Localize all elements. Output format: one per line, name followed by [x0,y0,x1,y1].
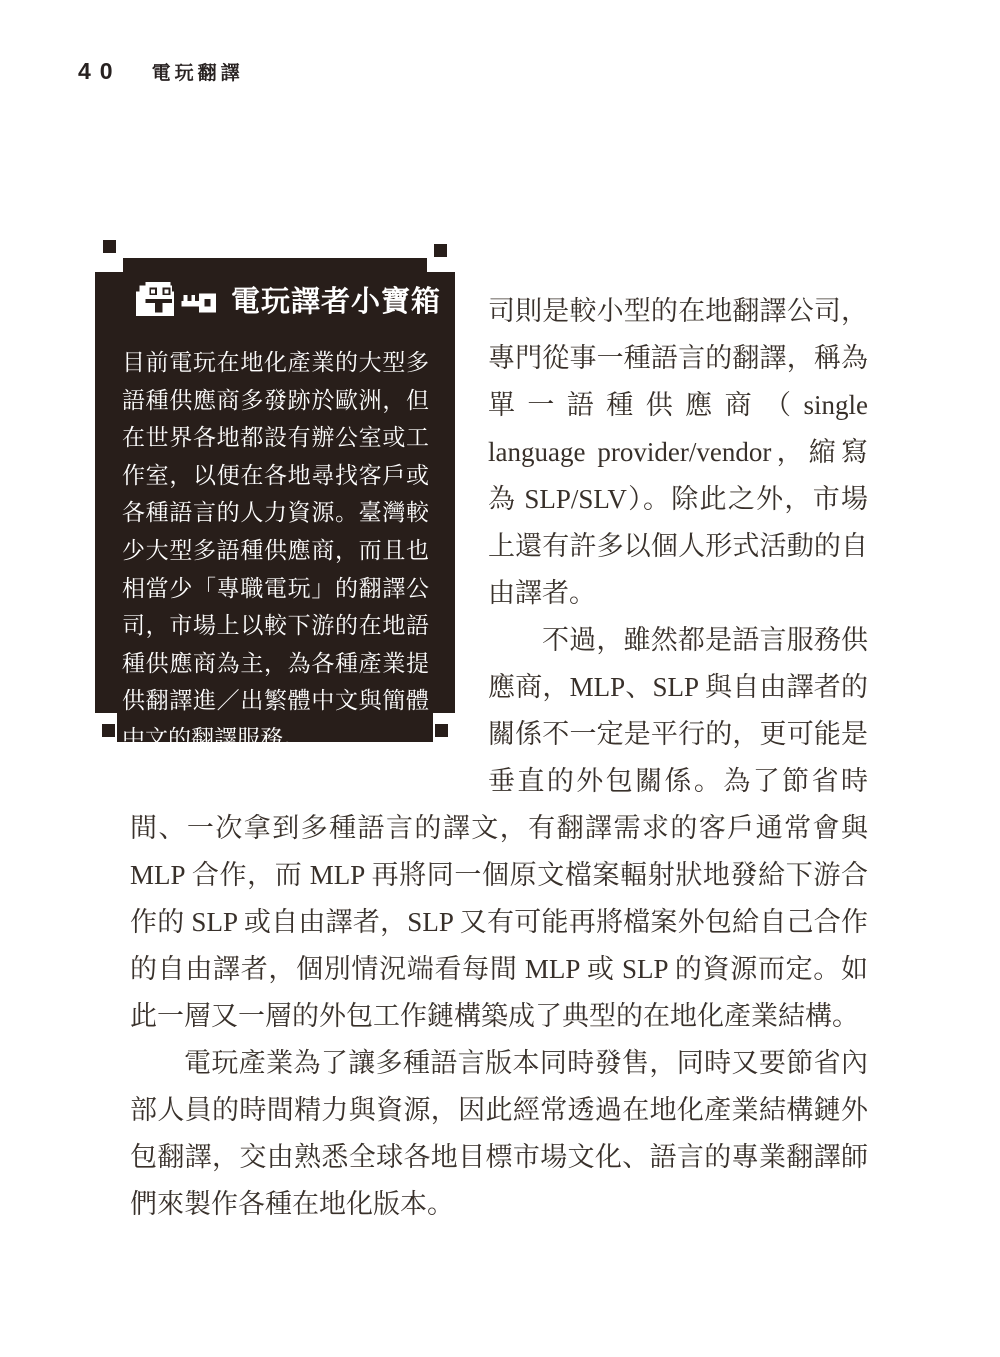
pixel-corner-top-right [434,244,447,257]
page-number: 40 [78,58,122,85]
paragraph-game-industry: 電玩產業為了讓多種語言版本同時發售，同時又要節省內部人員的時間精力與資源，因此經… [130,1040,868,1228]
running-title: 電玩翻譯 [152,58,244,85]
tip-box-flow-spacer [130,288,488,803]
pixel-corner-bottom-left [102,724,115,737]
running-header: 40 電玩翻譯 [78,58,244,85]
pixel-corner-top-left [103,240,116,253]
page-body: 司則是較小型的在地翻譯公司，專門從事一種語言的翻譯，稱為單一語種供應商（sing… [130,288,868,1228]
